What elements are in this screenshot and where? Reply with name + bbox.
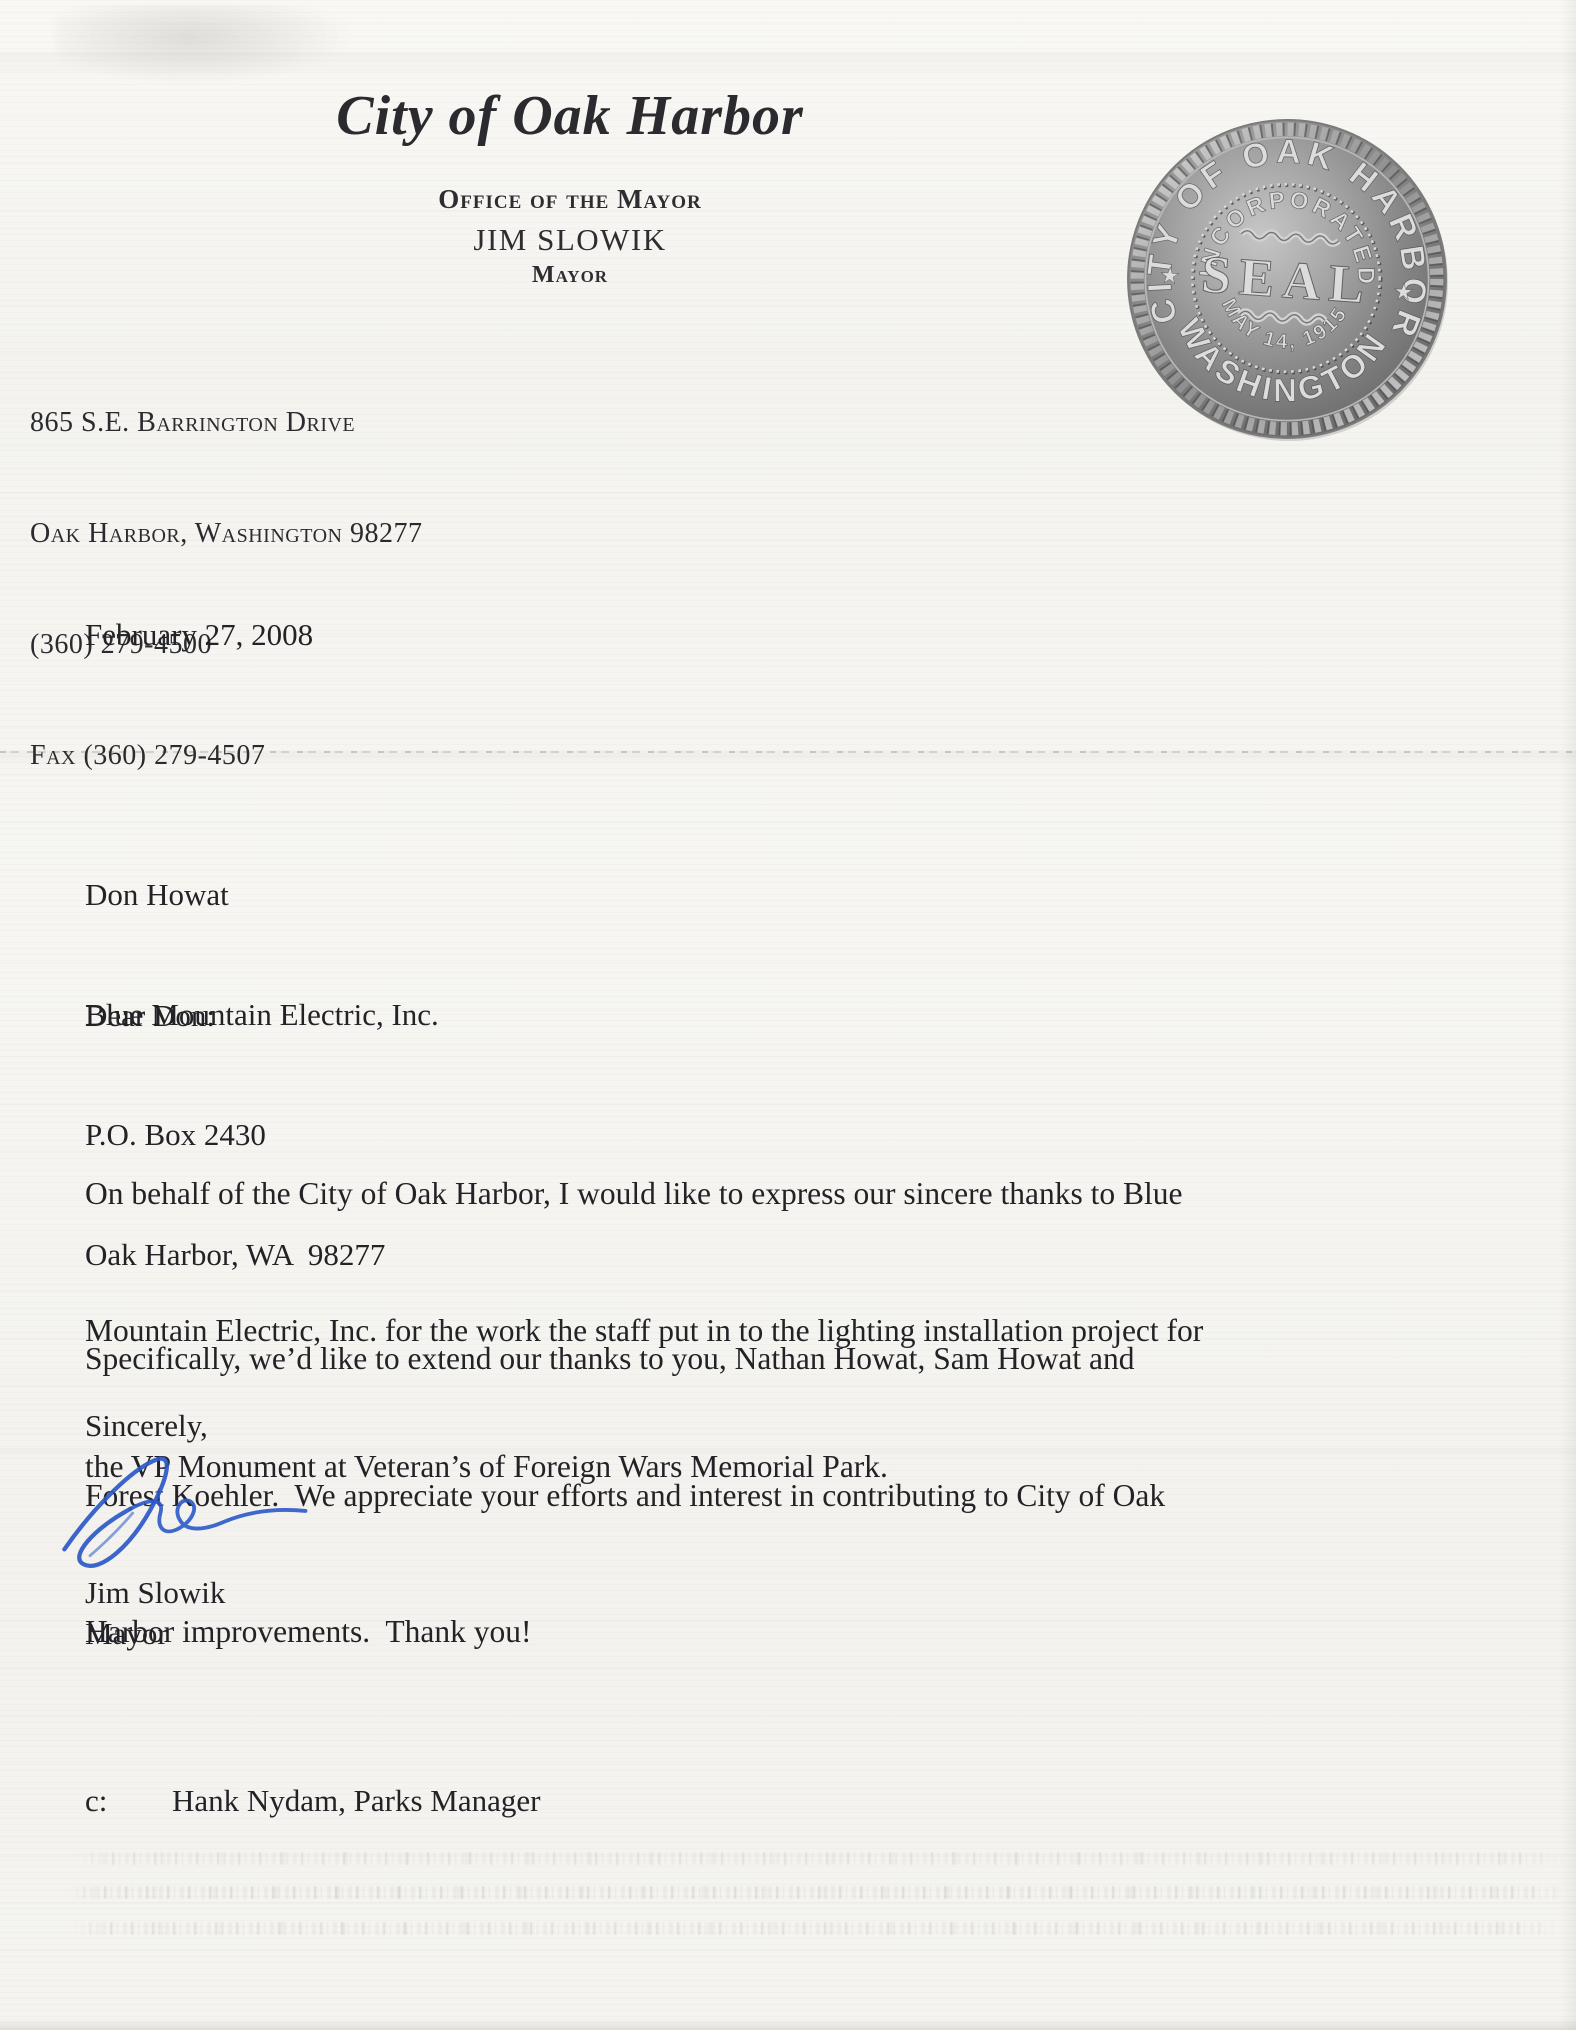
seal-star-right-icon: ★ [1393, 279, 1415, 305]
letterhead-mayor-name: JIM SLOWIK [0, 222, 1140, 258]
letter-date: February 27, 2008 [85, 617, 313, 653]
letterhead-title: City of Oak Harbor [0, 84, 1140, 148]
bleed-through-line [68, 1922, 1562, 1935]
salutation: Dear Don: [85, 998, 215, 1034]
bleed-through-line [70, 1852, 1566, 1865]
letterhead-address-block: 865 S.E. Barrington Drive Oak Harbor, Wa… [30, 330, 422, 848]
cc-label: c: [85, 1783, 107, 1819]
scan-edge-shadow-bottom [0, 2018, 1576, 2030]
city-seal-icon: CITY OF OAK HARBOR WASHINGTON INCORPORAT… [1124, 116, 1450, 442]
cc-value: Hank Nydam, Parks Manager [172, 1783, 540, 1819]
signature-ink [58, 1444, 314, 1580]
bleed-through-line [62, 1886, 1570, 1899]
signer-name: Jim Slowik [85, 1575, 225, 1611]
letterhead-mayor-title: Mayor [0, 262, 1140, 289]
address-line: Fax (360) 279-4507 [30, 737, 422, 774]
address-line: Oak Harbor, Washington 98277 [30, 515, 422, 552]
scan-edge-shadow-right [1560, 0, 1576, 2030]
paragraph-line: Harbor improvements. Thank you! [85, 1609, 1165, 1655]
scanned-letter-page: City of Oak Harbor Office of the Mayor J… [0, 0, 1576, 2030]
seal-center-text: SEAL [1200, 245, 1375, 315]
seal-star-left-icon: ★ [1159, 262, 1181, 288]
paragraph-line: On behalf of the City of Oak Harbor, I w… [85, 1171, 1203, 1217]
address-line: 865 S.E. Barrington Drive [30, 404, 422, 441]
paragraph-line: Specifically, we’d like to extend our th… [85, 1336, 1165, 1382]
letterhead-office-line: Office of the Mayor [0, 184, 1140, 215]
scan-shadow-band [0, 52, 1576, 78]
recipient-line: Don Howat [85, 875, 439, 915]
signer-title: Mayor [85, 1616, 168, 1652]
closing: Sincerely, [85, 1408, 208, 1444]
